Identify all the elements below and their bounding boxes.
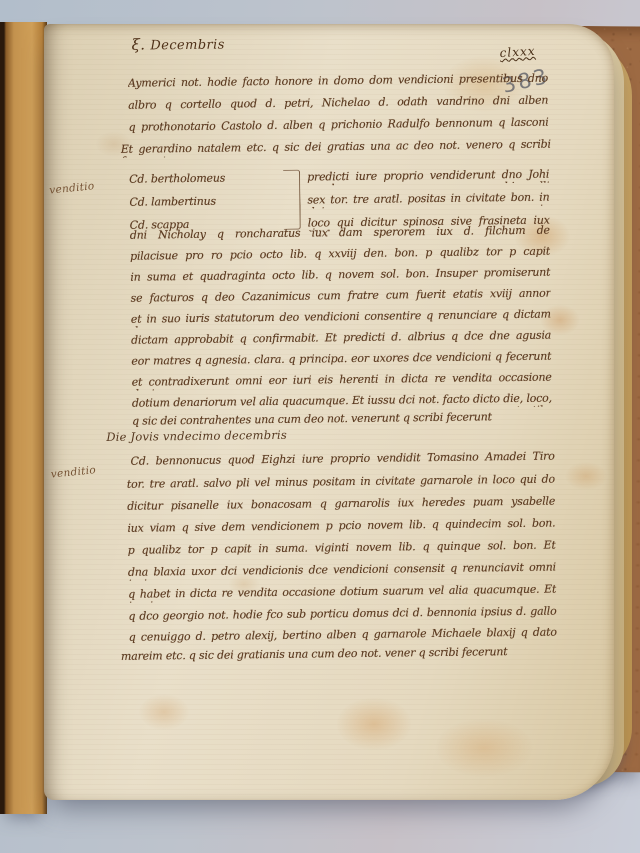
- manuscript-line: Et gerardino natalem etc. q sic dei grat…: [121, 139, 551, 158]
- manuscript-line: q sic dei contrahentes una cum deo not. …: [132, 411, 492, 427]
- manuscript-line: eor matres q agnesia. clara. q principa.…: [131, 351, 551, 370]
- manuscript-line: iux viam q sive dem vendicionem p pcio n…: [127, 518, 555, 537]
- manuscript-line: pilacisue pro ro pcio octo lib. q xxviij…: [130, 246, 550, 265]
- manuscript-line: et in suo iuris statutorum deo vendicion…: [131, 309, 551, 328]
- manuscript-line: q dco georgio not. hodie fco sub porticu…: [128, 606, 556, 625]
- manuscript-line: in suma et quadraginta octo lib. q novem…: [130, 267, 550, 286]
- month-heading-text: Decembris: [150, 38, 225, 54]
- manuscript-line: dicitur pisanelle iux bonacosam q garnar…: [127, 496, 555, 515]
- manuscript-line: q habet in dicta re vendita occasione do…: [128, 584, 556, 603]
- party-name: Cd. bertholomeus: [129, 173, 225, 186]
- month-heading: ξ.Decembris: [131, 35, 224, 54]
- margin-note-venditio: venditio: [50, 464, 96, 480]
- margin-note-venditio: venditio: [49, 180, 95, 196]
- party-name: Cd. lambertinus: [129, 196, 216, 209]
- manuscript-line: dna blaxia uxor dci vendicionis dce vend…: [128, 562, 556, 581]
- manuscript-line: q prothonotario Castolo d. alben q prich…: [128, 117, 548, 136]
- photo-background: ξ.Decembris clxxx 383 Aymerici not. hodi…: [0, 0, 640, 853]
- manuscript-page: ξ.Decembris clxxx 383 Aymerici not. hodi…: [44, 24, 614, 800]
- manuscript-line: albro q cortello quod d. petri, Nichelao…: [128, 95, 548, 114]
- folio-number-ink: clxxx: [499, 44, 536, 60]
- manuscript-line: dictam approbabit q confirmabit. Et pred…: [131, 330, 551, 349]
- manuscript-line: p qualibz tor p capit in suma. viginti n…: [128, 540, 556, 559]
- paraph-mark: ξ.: [131, 35, 145, 53]
- left-page-block-edge: [0, 22, 47, 814]
- manuscript-line: mareim etc. q sic dei gratianis una cum …: [121, 646, 508, 663]
- manuscript-line: se facturos q deo Cazanimicus cum fratre…: [131, 288, 551, 307]
- handwriting-layer: ξ.Decembris clxxx 383 Aymerici not. hodi…: [43, 18, 622, 801]
- manuscript-line: tor. tre aratl. salvo pli vel minus posi…: [127, 474, 555, 493]
- manuscript-line: q cenuiggo d. petro alexij, bertino albe…: [129, 627, 557, 646]
- manuscript-line: et contradixerunt omni eor iuri eis here…: [132, 372, 552, 391]
- names-bracket: [283, 170, 301, 230]
- manuscript-line: dni Nicholay q roncharatus iux dam spero…: [130, 225, 550, 244]
- date-heading: Die Jovis vndecimo decembris: [106, 428, 287, 444]
- manuscript-line: dotium denariorum vel alia quacumque. Et…: [132, 393, 552, 412]
- manuscript-line: sex tor. tre aratl. positas in civitate …: [307, 192, 549, 209]
- manuscript-line: predicti iure proprio vendiderunt dno Jo…: [307, 169, 549, 186]
- manuscript-line: Cd. bennonucus quod Eighzi iure proprio …: [131, 451, 555, 470]
- manuscript-line: Aymerici not. hodie facto honore in domo…: [128, 73, 548, 92]
